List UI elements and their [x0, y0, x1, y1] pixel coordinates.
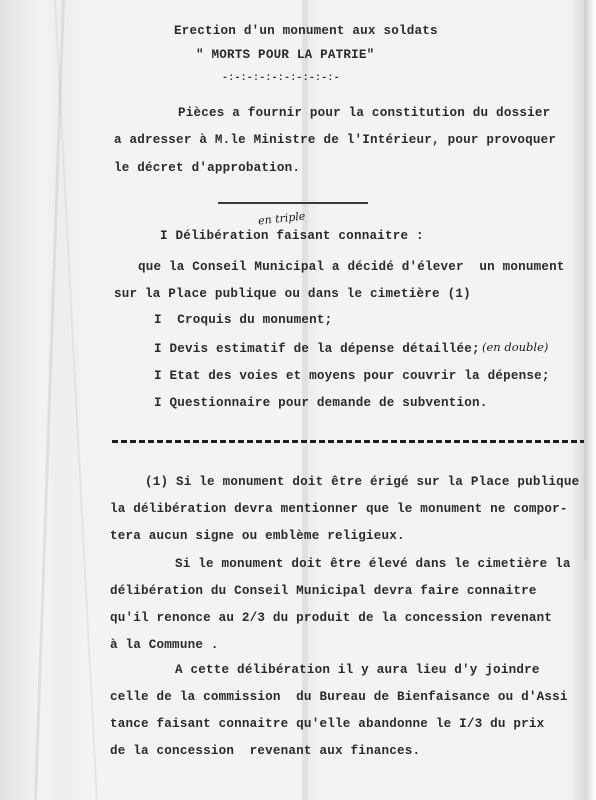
footnote-line: Si le monument doit être élevé dans le c…	[175, 556, 571, 572]
document-page: Erection d'un monument aux soldats " MOR…	[0, 0, 596, 800]
footnote-line: A cette délibération il y aura lieu d'y …	[175, 662, 540, 678]
paper-edge	[584, 0, 596, 560]
list-item-deliberation: I Délibération faisant connaitre :	[160, 228, 424, 244]
ornament-divider: -:-:-:-:-:-:-:-:-:-	[222, 71, 340, 87]
intro-line: a adresser à M.le Ministre de l'Intérieu…	[114, 132, 556, 148]
footnote-line: qu'il renonce au 2/3 du produit de la co…	[110, 610, 552, 626]
handwritten-annotation: (en double)	[482, 340, 548, 354]
document-title: Erection d'un monument aux soldats	[174, 23, 438, 39]
document-subtitle: " MORTS POUR LA PATRIE"	[196, 47, 374, 63]
list-item: I Devis estimatif de la dépense détaillé…	[154, 341, 480, 357]
intro-line: Pièces a fournir pour la constitution du…	[178, 105, 550, 121]
footnote-line: celle de la commission du Bureau de Bien…	[110, 689, 568, 705]
footnote-line: (1) Si le monument doit être érigé sur l…	[145, 474, 579, 490]
footnote-line: de la concession revenant aux finances.	[110, 743, 420, 759]
deliberation-suffix: faisant connaitre :	[269, 229, 424, 243]
footnote-line: tera aucun signe ou emblème religieux.	[110, 528, 405, 544]
handwritten-annotation: en triple	[257, 210, 305, 228]
deliberation-text: que la Conseil Municipal a décidé d'élev…	[138, 259, 565, 275]
list-item: I Questionnaire pour demande de subventi…	[154, 395, 488, 411]
deliberation-text: sur la Place publique ou dans le cimetiè…	[114, 286, 471, 302]
footnote-line: délibération du Conseil Municipal devra …	[110, 583, 537, 599]
list-item: I Etat des voies et moyens pour couvrir …	[154, 368, 550, 384]
section-rule	[218, 202, 368, 204]
intro-line: le décret d'approbation.	[114, 160, 300, 176]
dashed-separator	[112, 440, 584, 443]
deliberation-label: I Délibération	[160, 229, 269, 243]
footnote-line: tance faisant connaitre qu'elle abandonn…	[110, 716, 544, 732]
footnote-line: la délibération devra mentionner que le …	[110, 501, 568, 517]
footnote-line: à la Commune .	[110, 637, 219, 653]
paper-fold	[54, 0, 98, 800]
list-item: I Croquis du monument;	[154, 312, 332, 328]
